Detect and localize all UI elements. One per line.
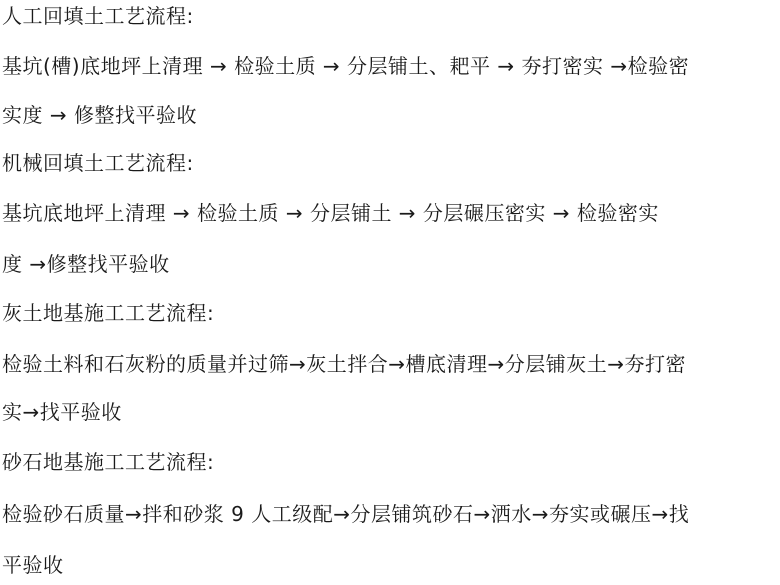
process-text: 基坑底地坪上清理 → 检验土质 → 分层铺土 → 分层碾压密实 → 检验密实 — [2, 198, 659, 228]
process-text: 检验砂石质量→拌和砂浆 9 人工级配→分层铺筑砂石→洒水→夯实或碾压→找 — [2, 499, 689, 529]
section-title-lime-soil-foundation: 灰土地基施工工艺流程: — [2, 298, 214, 328]
section-title-manual-backfill: 人工回填土工艺流程: — [2, 1, 194, 31]
process-text: 基坑(槽)底地坪上清理 → 检验土质 → 分层铺土、耙平 → 夯打密实 →检验密 — [2, 51, 689, 81]
section-title-sand-gravel-foundation: 砂石地基施工工艺流程: — [2, 447, 214, 477]
process-text: 度 →修整找平验收 — [2, 249, 170, 279]
section-title-mechanical-backfill: 机械回填土工艺流程: — [2, 148, 194, 178]
process-text: 平验收 — [2, 550, 64, 580]
process-text: 实度 → 修整找平验收 — [2, 100, 197, 130]
process-text: 检验土料和石灰粉的质量并过筛→灰土拌合→槽底清理→分层铺灰土→夯打密 — [2, 349, 686, 379]
process-text: 实→找平验收 — [2, 397, 122, 427]
